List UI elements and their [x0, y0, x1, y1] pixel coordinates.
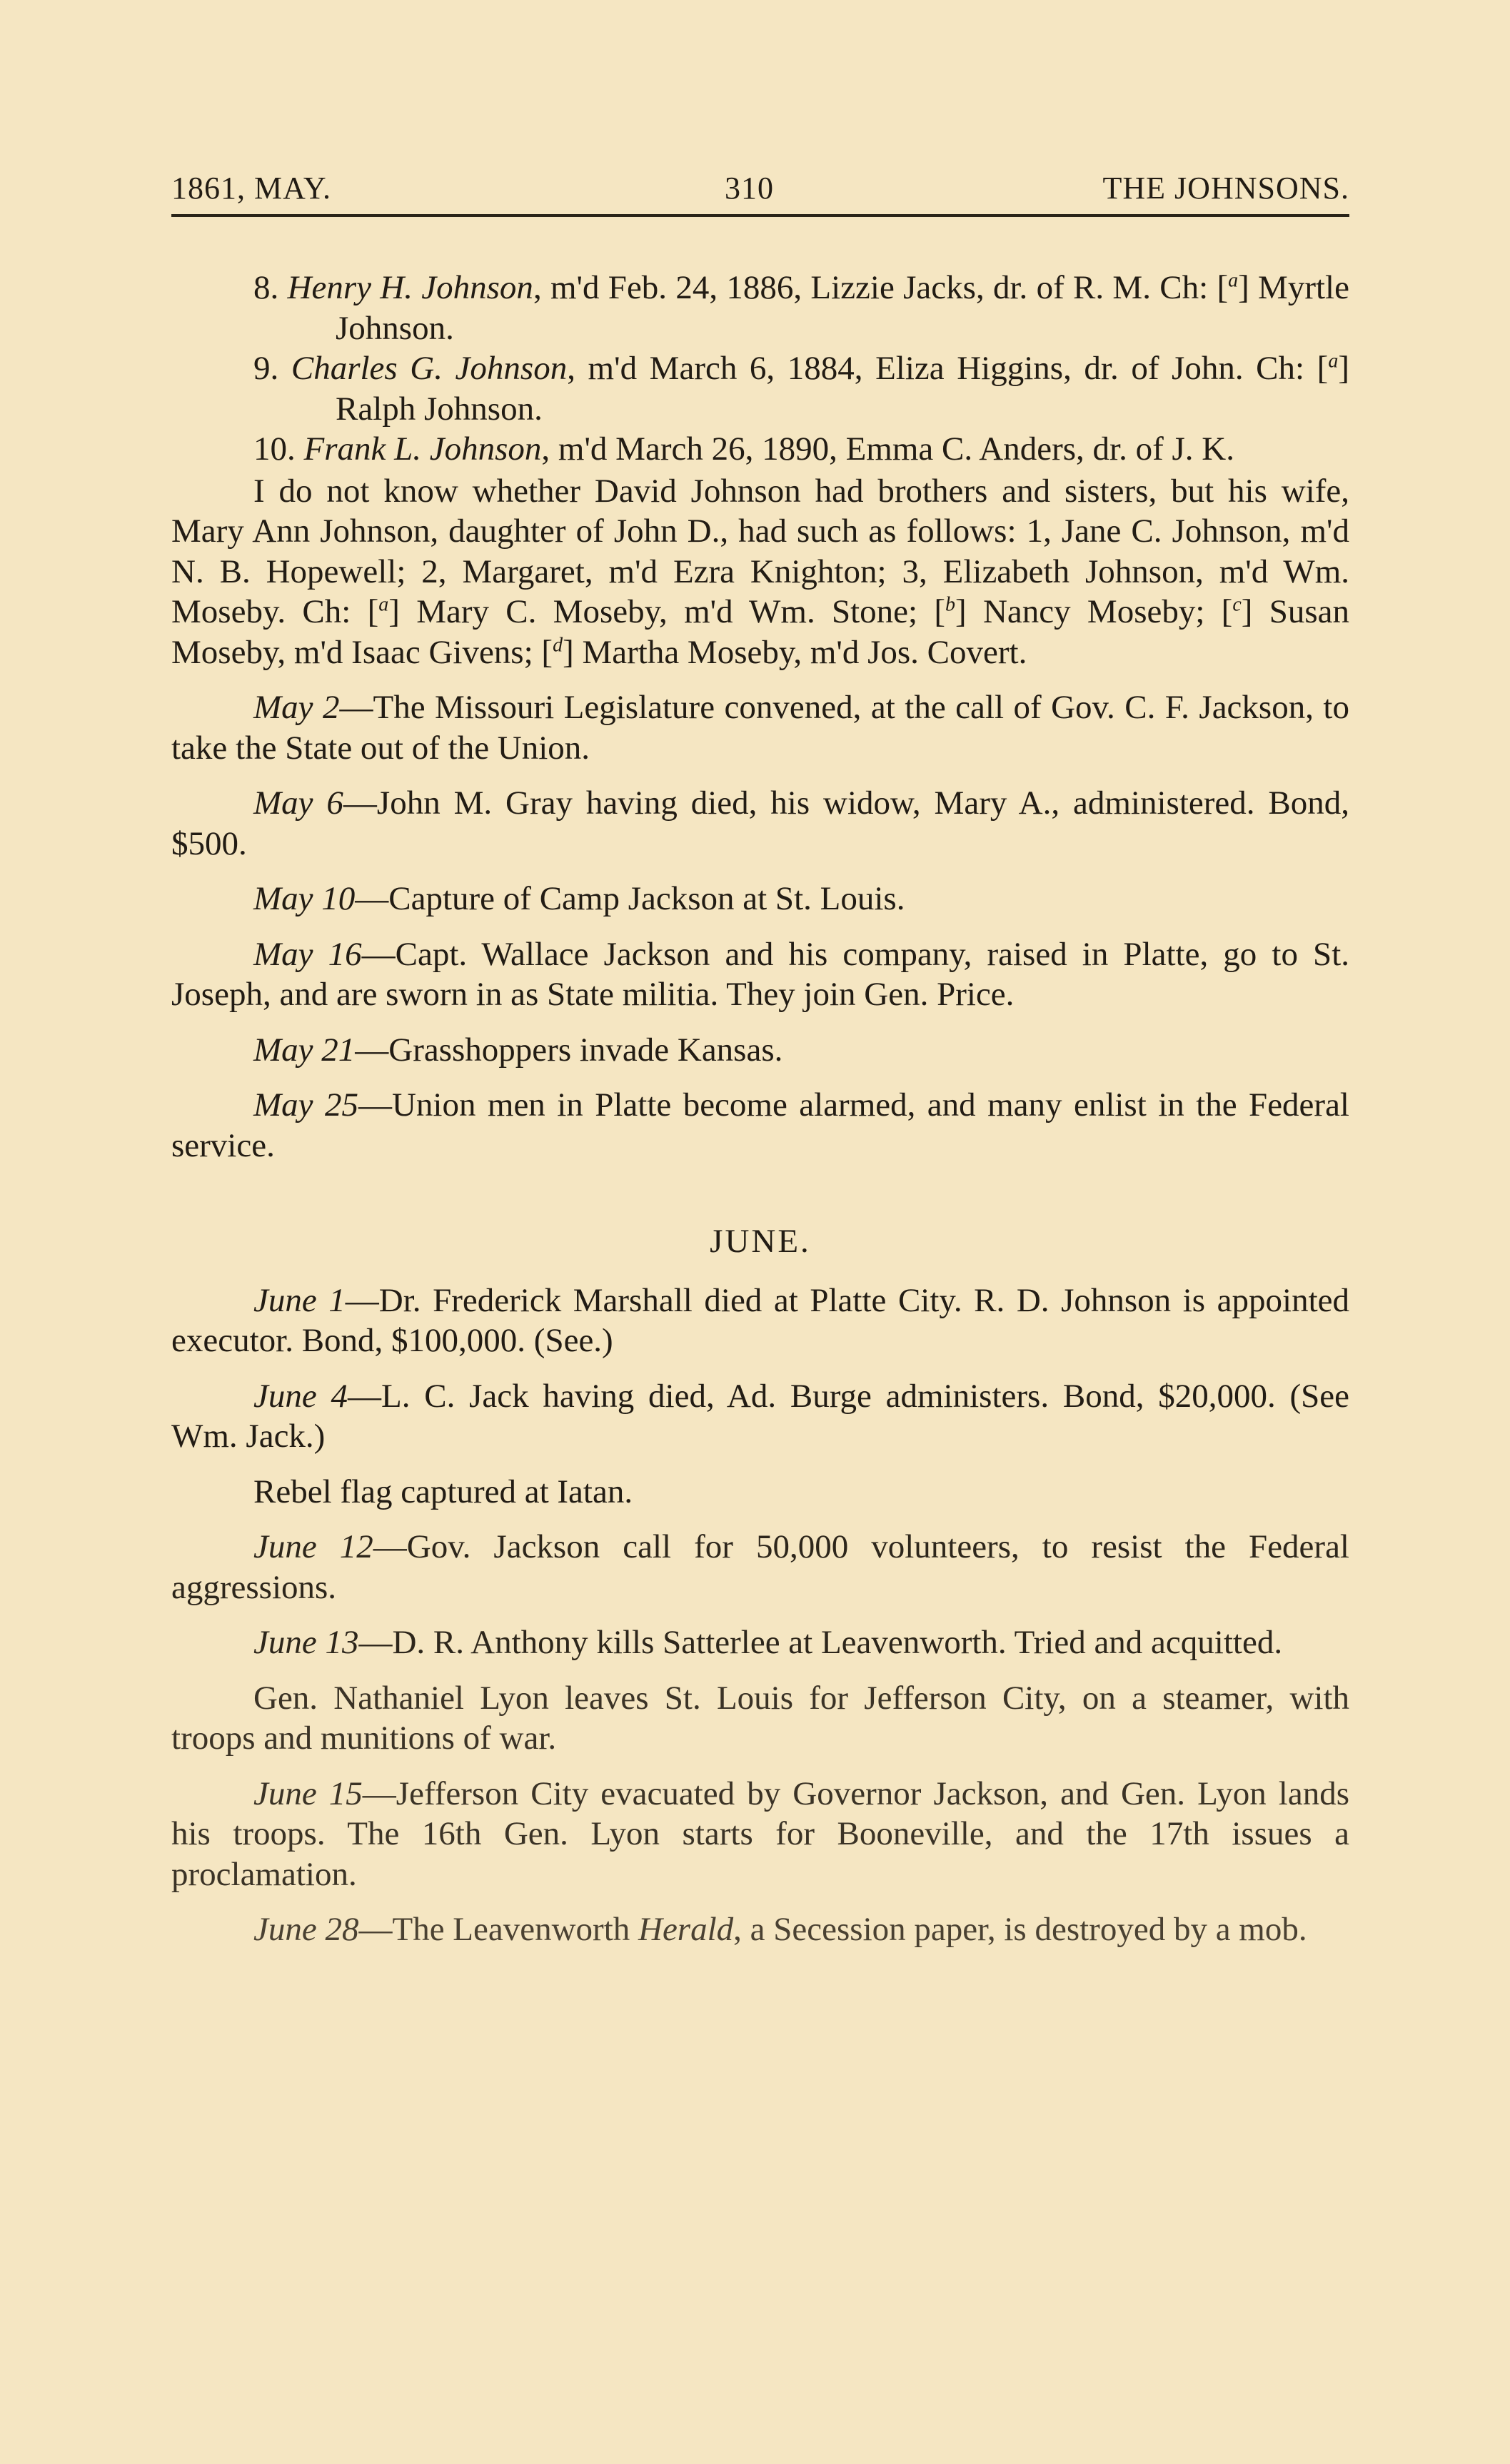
chronicle-entry: June 15—Jefferson City evacuated by Gove…: [171, 1774, 1349, 1895]
entry-text-cont: , a Secession paper, is destroyed by a m…: [733, 1911, 1307, 1948]
chronicle-entry: May 16—Capt. Wallace Jackson and his com…: [171, 934, 1349, 1015]
entry-text: —John M. Gray having died, his widow, Ma…: [171, 784, 1349, 862]
david-johnson-paragraph: I do not know whether David Johnson had …: [171, 471, 1349, 673]
paragraph-text: ] Nancy Moseby; [: [955, 593, 1232, 630]
chronicle-entry: Rebel flag captured at Iatan.: [171, 1472, 1349, 1513]
person-name: Charles G. Johnson: [291, 350, 567, 387]
child-marker: a: [1328, 350, 1338, 372]
entry-date: June 4: [253, 1378, 348, 1415]
entry-date: June 15: [253, 1775, 363, 1812]
entry-text: , m'd March 26, 1890, Emma C. Anders, dr…: [541, 430, 1234, 468]
chronicle-entry: June 28—The Leavenworth Herald, a Secess…: [171, 1909, 1349, 1950]
chronicle-entry: Gen. Nathaniel Lyon leaves St. Louis for…: [171, 1678, 1349, 1759]
entry-text: —Grasshoppers invade Kansas.: [355, 1031, 782, 1069]
child-marker: d: [553, 634, 563, 656]
entry-text: —Capture of Camp Jackson at St. Louis.: [355, 880, 905, 917]
child-entry: 10. Frank L. Johnson, m'd March 26, 1890…: [171, 429, 1349, 470]
entry-date: May 16: [253, 936, 362, 973]
entry-date: May 25: [253, 1086, 358, 1124]
entry-text: Gen. Nathaniel Lyon leaves St. Louis for…: [171, 1680, 1349, 1757]
month-heading-june: JUNE.: [171, 1221, 1349, 1262]
entry-date: June 12: [253, 1528, 373, 1565]
person-name: Frank L. Johnson: [304, 430, 542, 468]
entry-text: Rebel flag captured at Iatan.: [253, 1473, 633, 1510]
entry-number: 9.: [253, 350, 278, 387]
paragraph-text: ] Martha Moseby, m'd Jos. Covert.: [563, 634, 1027, 671]
entry-text: —Dr. Frederick Marshall died at Platte C…: [171, 1282, 1349, 1360]
entry-date: May 21: [253, 1031, 355, 1069]
chronicle-entry: June 12—Gov. Jackson call for 50,000 vol…: [171, 1527, 1349, 1607]
chronicle-entry: May 2—The Missouri Legislature convened,…: [171, 687, 1349, 768]
paragraph-text: ] Mary C. Moseby, m'd Wm. Stone; [: [388, 593, 945, 630]
entry-number: 8.: [253, 269, 278, 306]
child-marker: a: [378, 593, 388, 615]
person-name: Henry H. Johnson: [288, 269, 533, 306]
entry-text: —L. C. Jack having died, Ad. Burge admin…: [171, 1378, 1349, 1455]
child-marker: b: [945, 593, 955, 615]
page-number: 310: [725, 170, 774, 206]
newspaper-title: Herald: [638, 1911, 733, 1948]
entry-text: —The Leavenworth: [358, 1911, 638, 1948]
entry-date: June 13: [253, 1624, 358, 1661]
child-marker: a: [1228, 269, 1238, 291]
chronicle-entry: May 6—John M. Gray having died, his wido…: [171, 783, 1349, 864]
chronicle-entry: May 10—Capture of Camp Jackson at St. Lo…: [171, 879, 1349, 919]
running-head-title: THE JOHNSONS.: [1103, 170, 1349, 206]
entry-date: May 10: [253, 880, 355, 917]
chronicle-entry: May 21—Grasshoppers invade Kansas.: [171, 1030, 1349, 1071]
entry-date: June 28: [253, 1911, 358, 1948]
entry-text: —D. R. Anthony kills Satterlee at Leaven…: [358, 1624, 1282, 1661]
child-entry: 9. Charles G. Johnson, m'd March 6, 1884…: [171, 348, 1349, 429]
chronicle-entry: June 1—Dr. Frederick Marshall died at Pl…: [171, 1281, 1349, 1361]
running-head-date: 1861, MAY.: [171, 170, 331, 206]
entry-date: May 2: [253, 689, 340, 726]
running-head: 1861, MAY. 310 THE JOHNSONS.: [171, 170, 1349, 213]
entry-text: , m'd March 6, 1884, Eliza Higgins, dr. …: [567, 350, 1328, 387]
entry-number: 10.: [253, 430, 296, 468]
chronicle-entry: June 13—D. R. Anthony kills Satterlee at…: [171, 1622, 1349, 1663]
entry-date: June 1: [253, 1282, 346, 1319]
child-entry: 8. Henry H. Johnson, m'd Feb. 24, 1886, …: [171, 268, 1349, 348]
children-list: 8. Henry H. Johnson, m'd Feb. 24, 1886, …: [171, 268, 1349, 470]
entry-text: —The Missouri Legislature convened, at t…: [171, 689, 1349, 767]
page-body: 8. Henry H. Johnson, m'd Feb. 24, 1886, …: [171, 268, 1349, 1950]
chronicle-entry: June 4—L. C. Jack having died, Ad. Burge…: [171, 1376, 1349, 1457]
header-rule: [171, 214, 1349, 217]
entry-date: May 6: [253, 784, 343, 822]
entry-text: , m'd Feb. 24, 1886, Lizzie Jacks, dr. o…: [533, 269, 1228, 306]
chronicle-entry: May 25—Union men in Platte become alarme…: [171, 1085, 1349, 1166]
child-marker: c: [1232, 593, 1241, 615]
